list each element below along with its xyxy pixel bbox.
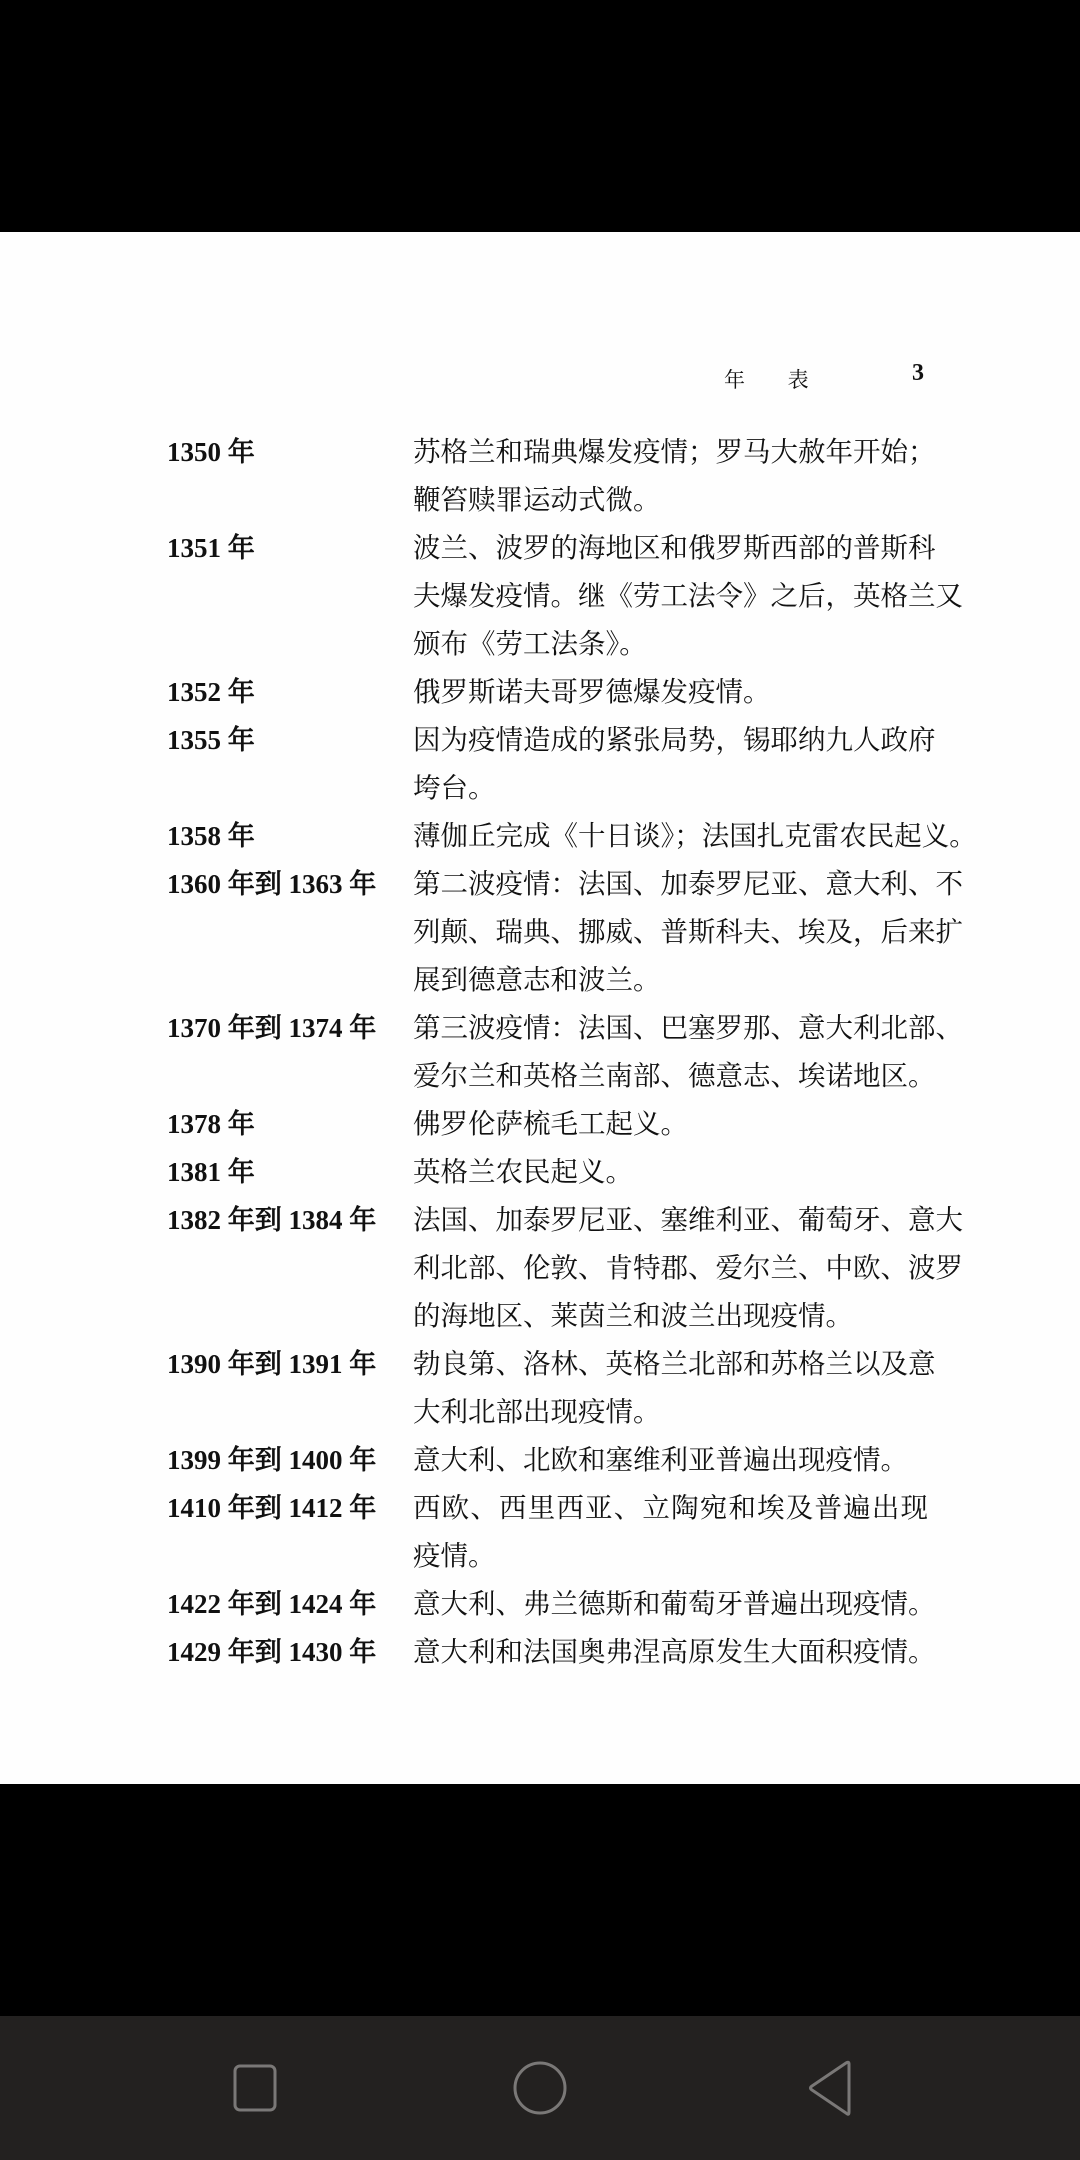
entry-description: 佛罗伦萨梳毛工起义。 [413, 1100, 928, 1148]
entry-description: 意大利、北欧和塞维利亚普遍出现疫情。 [413, 1436, 928, 1484]
description-line: 疫情。 [413, 1532, 928, 1580]
chronology-entry: 1399 年到 1400 年意大利、北欧和塞维利亚普遍出现疫情。 [0, 1436, 1080, 1484]
description-line: 垮台。 [413, 764, 928, 812]
chronology-entry: 1382 年到 1384 年法国、加泰罗尼亚、塞维利亚、葡萄牙、意大利北部、伦敦… [0, 1196, 1080, 1340]
entry-description: 俄罗斯诺夫哥罗德爆发疫情。 [413, 668, 928, 716]
chronology-entry: 1429 年到 1430 年意大利和法国奥弗涅高原发生大面积疫情。 [0, 1628, 1080, 1676]
chronology-entry: 1351 年波兰、波罗的海地区和俄罗斯西部的普斯科夫爆发疫情。继《劳工法令》之后… [0, 524, 1080, 668]
back-button[interactable] [770, 2016, 890, 2160]
entry-description: 西欧、西里西亚、立陶宛和埃及普遍出现疫情。 [413, 1484, 928, 1580]
chronology-entry: 1360 年到 1363 年第二波疫情：法国、加泰罗尼亚、意大利、不列颠、瑞典、… [0, 860, 1080, 1004]
square-outline-icon [232, 2063, 278, 2113]
chronology-entry: 1410 年到 1412 年西欧、西里西亚、立陶宛和埃及普遍出现疫情。 [0, 1484, 1080, 1580]
entry-description: 薄伽丘完成《十日谈》；法国扎克雷农民起义。 [413, 812, 928, 860]
entry-year: 1410 年到 1412 年 [0, 1484, 412, 1580]
description-line: 苏格兰和瑞典爆发疫情；罗马大赦年开始； [413, 428, 928, 476]
description-line: 法国、加泰罗尼亚、塞维利亚、葡萄牙、意大 [413, 1196, 928, 1244]
description-line: 的海地区、莱茵兰和波兰出现疫情。 [413, 1292, 928, 1340]
description-line: 鞭笞赎罪运动式微。 [413, 476, 928, 524]
description-line: 第二波疫情：法国、加泰罗尼亚、意大利、不 [413, 860, 928, 908]
description-line: 颁布《劳工法条》。 [413, 620, 928, 668]
entry-year: 1378 年 [0, 1100, 412, 1148]
page-number: 3 [912, 360, 924, 387]
description-line: 利北部、伦敦、肯特郡、爱尔兰、中欧、波罗 [413, 1244, 928, 1292]
book-page: 年 表 3 1350 年苏格兰和瑞典爆发疫情；罗马大赦年开始；鞭笞赎罪运动式微。… [0, 232, 1080, 1784]
chronology-entry: 1350 年苏格兰和瑞典爆发疫情；罗马大赦年开始；鞭笞赎罪运动式微。 [0, 428, 1080, 524]
entry-description: 波兰、波罗的海地区和俄罗斯西部的普斯科夫爆发疫情。继《劳工法令》之后，英格兰又颁… [413, 524, 928, 668]
description-line: 因为疫情造成的紧张局势，锡耶纳九人政府 [413, 716, 928, 764]
home-button[interactable] [480, 2016, 600, 2160]
entry-description: 第三波疫情：法国、巴塞罗那、意大利北部、爱尔兰和英格兰南部、德意志、埃诺地区。 [413, 1004, 928, 1100]
circle-outline-icon [512, 2060, 568, 2116]
recents-button[interactable] [195, 2016, 315, 2160]
description-line: 俄罗斯诺夫哥罗德爆发疫情。 [413, 668, 928, 716]
running-head: 年 表 3 [0, 364, 1080, 394]
description-line: 第三波疫情：法国、巴塞罗那、意大利北部、 [413, 1004, 928, 1052]
description-line: 英格兰农民起义。 [413, 1148, 928, 1196]
chronology-entry: 1358 年薄伽丘完成《十日谈》；法国扎克雷农民起义。 [0, 812, 1080, 860]
description-line: 西欧、西里西亚、立陶宛和埃及普遍出现 [413, 1484, 928, 1532]
chronology-entry: 1370 年到 1374 年第三波疫情：法国、巴塞罗那、意大利北部、爱尔兰和英格… [0, 1004, 1080, 1100]
entry-year: 1360 年到 1363 年 [0, 860, 412, 1004]
entry-year: 1351 年 [0, 524, 412, 668]
description-line: 薄伽丘完成《十日谈》；法国扎克雷农民起义。 [413, 812, 928, 860]
entry-year: 1370 年到 1374 年 [0, 1004, 412, 1100]
description-line: 波兰、波罗的海地区和俄罗斯西部的普斯科 [413, 524, 928, 572]
running-head-title: 年 表 [724, 364, 827, 394]
entry-description: 勃良第、洛林、英格兰北部和苏格兰以及意大利北部出现疫情。 [413, 1340, 928, 1436]
description-line: 爱尔兰和英格兰南部、德意志、埃诺地区。 [413, 1052, 928, 1100]
description-line: 意大利和法国奥弗涅高原发生大面积疫情。 [413, 1628, 928, 1676]
description-line: 大利北部出现疫情。 [413, 1388, 928, 1436]
entry-year: 1352 年 [0, 668, 412, 716]
chronology-entry: 1355 年因为疫情造成的紧张局势，锡耶纳九人政府垮台。 [0, 716, 1080, 812]
entry-year: 1429 年到 1430 年 [0, 1628, 412, 1676]
description-line: 列颠、瑞典、挪威、普斯科夫、埃及，后来扩 [413, 908, 928, 956]
description-line: 展到德意志和波兰。 [413, 956, 928, 1004]
bottom-black-band [0, 1784, 1080, 2016]
entry-description: 苏格兰和瑞典爆发疫情；罗马大赦年开始；鞭笞赎罪运动式微。 [413, 428, 928, 524]
entry-description: 意大利、弗兰德斯和葡萄牙普遍出现疫情。 [413, 1580, 928, 1628]
description-line: 意大利、北欧和塞维利亚普遍出现疫情。 [413, 1436, 928, 1484]
chronology-entry: 1390 年到 1391 年勃良第、洛林、英格兰北部和苏格兰以及意大利北部出现疫… [0, 1340, 1080, 1436]
description-line: 夫爆发疫情。继《劳工法令》之后，英格兰又 [413, 572, 928, 620]
entry-year: 1355 年 [0, 716, 412, 812]
description-line: 勃良第、洛林、英格兰北部和苏格兰以及意 [413, 1340, 928, 1388]
entry-year: 1382 年到 1384 年 [0, 1196, 412, 1340]
entry-description: 第二波疫情：法国、加泰罗尼亚、意大利、不列颠、瑞典、挪威、普斯科夫、埃及，后来扩… [413, 860, 928, 1004]
entry-year: 1381 年 [0, 1148, 412, 1196]
entry-description: 法国、加泰罗尼亚、塞维利亚、葡萄牙、意大利北部、伦敦、肯特郡、爱尔兰、中欧、波罗… [413, 1196, 928, 1340]
entry-year: 1422 年到 1424 年 [0, 1580, 412, 1628]
triangle-left-outline-icon [805, 2060, 855, 2116]
description-line: 意大利、弗兰德斯和葡萄牙普遍出现疫情。 [413, 1580, 928, 1628]
chronology-entry: 1378 年佛罗伦萨梳毛工起义。 [0, 1100, 1080, 1148]
top-black-band [0, 0, 1080, 232]
chronology-entry: 1422 年到 1424 年意大利、弗兰德斯和葡萄牙普遍出现疫情。 [0, 1580, 1080, 1628]
entry-year: 1399 年到 1400 年 [0, 1436, 412, 1484]
description-line: 佛罗伦萨梳毛工起义。 [413, 1100, 928, 1148]
chronology-entry: 1381 年英格兰农民起义。 [0, 1148, 1080, 1196]
chronology-list: 1350 年苏格兰和瑞典爆发疫情；罗马大赦年开始；鞭笞赎罪运动式微。1351 年… [0, 428, 1080, 1676]
entry-year: 1358 年 [0, 812, 412, 860]
system-navigation-bar [0, 2016, 1080, 2160]
chronology-entry: 1352 年俄罗斯诺夫哥罗德爆发疫情。 [0, 668, 1080, 716]
entry-description: 意大利和法国奥弗涅高原发生大面积疫情。 [413, 1628, 928, 1676]
entry-year: 1350 年 [0, 428, 412, 524]
entry-year: 1390 年到 1391 年 [0, 1340, 412, 1436]
entry-description: 英格兰农民起义。 [413, 1148, 928, 1196]
entry-description: 因为疫情造成的紧张局势，锡耶纳九人政府垮台。 [413, 716, 928, 812]
